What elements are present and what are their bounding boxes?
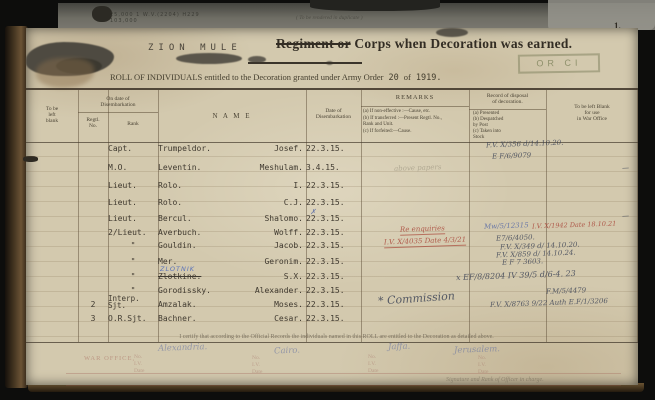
header-line bbox=[78, 112, 158, 113]
header-disposal-lines: (a) Presented (b) Despatched by Post (c)… bbox=[473, 111, 546, 141]
tape-patch bbox=[548, 0, 655, 30]
rank: Capt. bbox=[108, 144, 158, 153]
header-disembarkation-group: On date of Disembarkation bbox=[78, 96, 158, 108]
header-remarks-lines: (a) If non-effective :—Cause, etc. (b) I… bbox=[363, 109, 469, 135]
header-blank-right: To be left Blank for use in War Office bbox=[546, 104, 638, 122]
rank: Lieut. bbox=[108, 214, 158, 223]
disembark-date: 22.3.15. bbox=[306, 228, 361, 237]
ink-stamp: OR CI bbox=[518, 53, 600, 73]
rank: M.O. bbox=[108, 163, 158, 172]
disembark-date: 22.3.15. bbox=[306, 314, 361, 323]
title-underline bbox=[248, 62, 362, 64]
regtl-no bbox=[78, 181, 108, 190]
header-date: Date of Disembarkation bbox=[306, 108, 361, 120]
stamp-block: No. I.V. Date bbox=[368, 354, 378, 375]
header-rank: Rank bbox=[108, 121, 158, 127]
header-name: N A M E bbox=[158, 112, 306, 120]
surname: Trumpeldor. bbox=[158, 144, 211, 153]
ink-dash: — bbox=[622, 212, 629, 220]
given-name: Cesar. bbox=[274, 314, 303, 323]
faded-red-rule bbox=[66, 385, 621, 386]
signature-caption: Signature and Rank of Officer in charge. bbox=[446, 377, 544, 383]
title-rest: Corps when Decoration was earned. bbox=[351, 36, 573, 51]
given-name: Geronim. bbox=[264, 257, 303, 266]
surname: Bercul. bbox=[158, 214, 192, 223]
given-name: S.X. bbox=[284, 272, 303, 281]
regtl-no bbox=[78, 214, 108, 223]
header-regtl-no: Regtl. No. bbox=[78, 117, 108, 129]
given-name: Meshulam. bbox=[260, 163, 303, 172]
army-order-number: 20 bbox=[384, 73, 404, 83]
struck-title-word: Regiment or bbox=[276, 36, 351, 51]
regtl-no: 2 bbox=[78, 300, 108, 314]
table-row: Lieut.Rolo.I.22.3.15. bbox=[26, 181, 638, 190]
surname: Rolo. bbox=[158, 181, 182, 190]
printer-codes: 25,000 1 W.V.(2204) H229 103,000 bbox=[110, 12, 200, 24]
header-blank-left: To be left blank bbox=[26, 106, 78, 124]
rank: Interp. Sjt. bbox=[108, 295, 158, 309]
station-name: Cairo. bbox=[274, 346, 300, 357]
stamp-block: No. I.V. Date bbox=[134, 354, 144, 375]
given-name: I. bbox=[293, 181, 303, 190]
rank: O.R.Sjt. bbox=[108, 314, 158, 323]
pencil-note: above papers bbox=[394, 163, 442, 173]
disembark-date: 22.3.15. bbox=[306, 144, 361, 153]
disembark-date: 22.3.15. bbox=[306, 198, 361, 207]
typed-unit-name: ZION MULE bbox=[148, 43, 242, 53]
disembark-date: 22.3.15. bbox=[306, 241, 361, 250]
regtl-no bbox=[78, 144, 108, 153]
rank-ditto: " bbox=[108, 257, 158, 266]
disembark-date: 22.3.15. bbox=[306, 272, 361, 281]
disembark-date: 22.3.15. bbox=[306, 181, 361, 190]
handwritten-reference: E7/6/4050. bbox=[496, 233, 535, 242]
rank: 2/Lieut. bbox=[108, 228, 158, 237]
disembark-date: 22.3.15. bbox=[306, 286, 361, 295]
header-disposal-title: Record of disposal of decoration. bbox=[469, 93, 546, 105]
station-name: Alexandria. bbox=[158, 342, 208, 354]
table-row: M.O.Leventin.Meshulam.3.4.15. bbox=[26, 163, 638, 172]
book-binding-edge bbox=[5, 26, 28, 388]
rank: Lieut. bbox=[108, 181, 158, 190]
document-page: ZION MULE Regiment or Corps when Decorat… bbox=[26, 28, 638, 385]
given-name: Alexander. bbox=[255, 286, 303, 295]
handwritten-reference: E F/6/9079 bbox=[492, 151, 531, 160]
document-scan: 25,000 1 W.V.(2204) H229 103,000 ( To be… bbox=[0, 0, 655, 400]
station-name: Jerusalem. bbox=[454, 344, 500, 356]
war-office-label: WAR OFFICE, bbox=[84, 355, 135, 362]
regtl-no bbox=[78, 286, 108, 295]
table-row: Lieut.Rolo.C.J.22.3.15. bbox=[26, 198, 638, 207]
regtl-no bbox=[78, 228, 108, 237]
given-name: Josef. bbox=[274, 144, 303, 153]
surname: Leventin. bbox=[158, 163, 201, 172]
red-ink-note: Re enquiries bbox=[400, 224, 445, 236]
disembark-date: 3.4.15. bbox=[306, 163, 361, 172]
given-name: C.J. bbox=[284, 198, 303, 207]
damage-blob bbox=[176, 53, 242, 64]
paper-stain bbox=[36, 58, 94, 88]
handwritten-correction: ZLOTNIK bbox=[160, 265, 195, 273]
faded-red-rule bbox=[66, 373, 621, 374]
header-line bbox=[361, 106, 469, 107]
regtl-no bbox=[78, 198, 108, 207]
handwritten-reference: F.M/5/4479 bbox=[546, 286, 586, 295]
form-title: Regiment or Corps when Decoration was ea… bbox=[276, 36, 572, 52]
regtl-no bbox=[78, 272, 108, 281]
table-row: 3O.R.Sjt.Bachner.Cesar.22.3.15. bbox=[26, 314, 638, 323]
rank-ditto: " bbox=[108, 272, 158, 281]
given-name: Jacob. bbox=[274, 241, 303, 250]
disembark-date: 22.3.15. bbox=[306, 257, 361, 266]
form-note: ( To be rendered in duplicate ) bbox=[296, 15, 363, 21]
regtl-no bbox=[78, 241, 108, 250]
disembark-date: 22.3.15. bbox=[306, 300, 361, 314]
surname: Rolo. bbox=[158, 198, 182, 207]
surname: Bachner. bbox=[158, 314, 197, 323]
given-name: Wolff. bbox=[274, 228, 303, 237]
shadow-blob bbox=[92, 6, 112, 22]
ink-dash: — bbox=[622, 164, 629, 172]
header-remarks-title: REMARKS bbox=[361, 94, 469, 101]
regtl-no bbox=[78, 163, 108, 172]
header-line bbox=[469, 109, 546, 110]
roll-heading: ROLL OF INDIVIDUALS entitled to the Deco… bbox=[110, 72, 446, 83]
roll-pre: ROLL OF INDIVIDUALS entitled to the Deco… bbox=[110, 72, 384, 82]
given-name: Shalomo. bbox=[264, 214, 303, 223]
table-row: "Mer.Geronim.22.3.15. bbox=[26, 257, 638, 266]
blue-ink-reference: Mw/5/12315 bbox=[484, 221, 529, 231]
regtl-no: 3 bbox=[78, 314, 108, 323]
army-order-year: 1919. bbox=[411, 73, 447, 83]
surname: Gorodissky. bbox=[158, 286, 211, 295]
shadow-blob bbox=[310, 0, 440, 11]
certification-line: I certify that according to the Official… bbox=[64, 334, 609, 340]
roll-mid: of bbox=[404, 72, 411, 82]
given-name: Moses. bbox=[274, 300, 303, 314]
station-name: Jaffa. bbox=[388, 342, 411, 353]
surname: Averbuch. bbox=[158, 228, 201, 237]
surname: Gouldin. bbox=[158, 241, 197, 250]
surname-struck: Zlotkine. bbox=[158, 272, 201, 281]
handwritten-reference: E F 7 3603. bbox=[502, 257, 543, 266]
regtl-no bbox=[78, 257, 108, 266]
blue-check-mark: ✗ bbox=[310, 208, 316, 216]
surname: Amzalak. bbox=[158, 300, 197, 314]
rank: Lieut. bbox=[108, 198, 158, 207]
rank-ditto: " bbox=[108, 241, 158, 250]
